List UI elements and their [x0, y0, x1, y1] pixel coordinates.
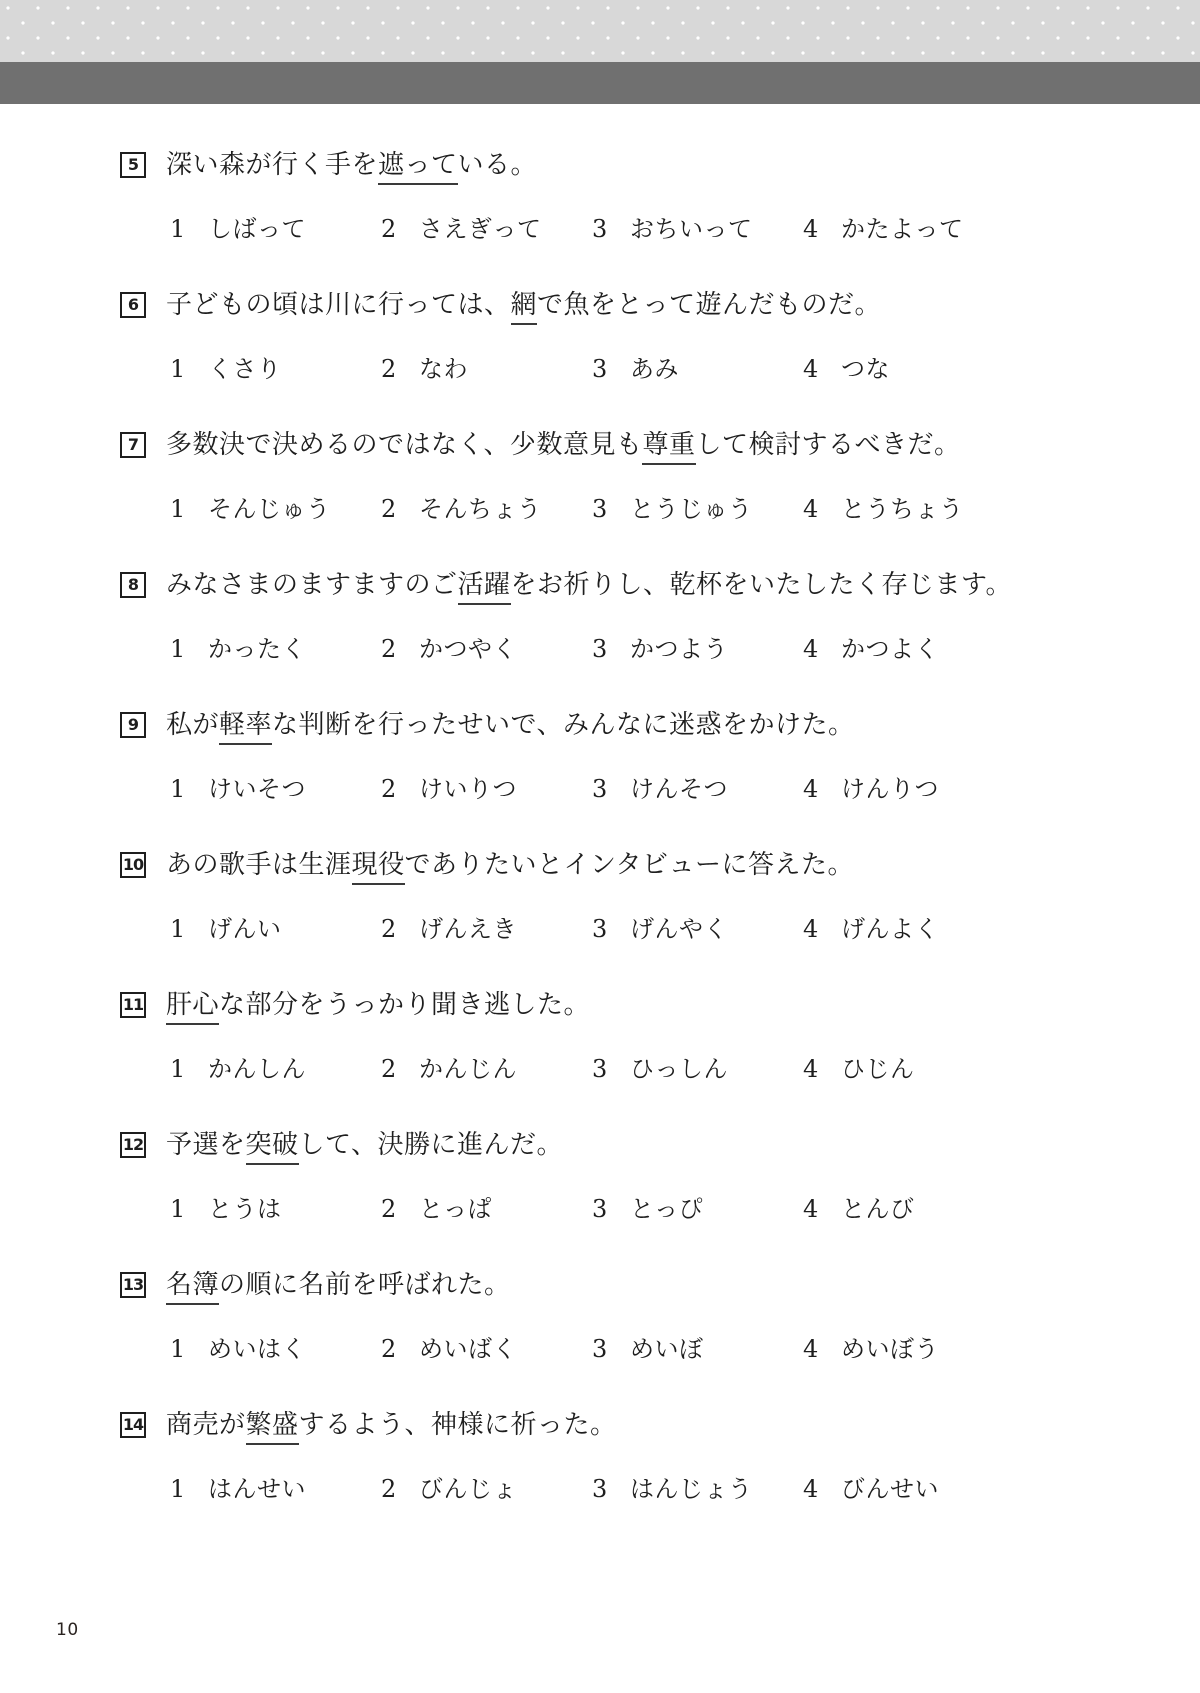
choice-number: 1 [170, 1334, 185, 1364]
choice-option-2: 2とっぱ [381, 1194, 592, 1224]
question-number-box: 10 [120, 852, 146, 878]
choice-text: けいそつ [208, 774, 306, 804]
choice-option-3: 3めいぼ [592, 1334, 803, 1364]
choice-option-1: 1くさり [170, 354, 381, 384]
choice-number: 1 [170, 1194, 185, 1224]
choices-row: 1はんせい 2びんじょ 3はんじょう 4びんせい [0, 1474, 1200, 1504]
choice-number: 4 [803, 914, 818, 944]
choice-text: とうじゅう [630, 494, 753, 524]
question-number-box: 8 [120, 572, 146, 598]
choice-option-2: 2びんじょ [381, 1474, 592, 1504]
underlined-target: 遮って [378, 150, 458, 185]
choice-text: かんしん [208, 1054, 306, 1084]
choices-row: 1かったく 2かつやく 3かつよう 4かつよく [0, 634, 1200, 664]
question-item-9: 9 私が軽率な判断を行ったせいで、みんなに迷惑をかけた。 1けいそつ 2けいりつ… [0, 708, 1200, 804]
underlined-target: 名簿 [166, 1270, 219, 1305]
choice-text: しばって [208, 214, 306, 244]
choice-number: 3 [592, 1334, 607, 1364]
choice-option-1: 1かったく [170, 634, 381, 664]
choice-option-4: 4めいぼう [803, 1334, 939, 1364]
choice-number: 2 [381, 634, 396, 664]
choice-option-1: 1げんい [170, 914, 381, 944]
choice-number: 3 [592, 354, 607, 384]
choices-row: 1とうは 2とっぱ 3とっぴ 4とんび [0, 1194, 1200, 1224]
underlined-target: 繁盛 [246, 1410, 299, 1445]
question-item-11: 11 肝心な部分をうっかり聞き逃した。 1かんしん 2かんじん 3ひっしん 4ひ… [0, 988, 1200, 1084]
stem-before: 予選を [166, 1130, 246, 1160]
underlined-target: 尊重 [642, 430, 695, 465]
question-item-10: 10 あの歌手は生涯現役でありたいとインタビューに答えた。 1げんい 2げんえき… [0, 848, 1200, 944]
choice-text: げんえき [419, 914, 517, 944]
question-stem: 子どもの頃は川に行っては、網で魚をとって遊んだものだ。 [166, 288, 881, 322]
stem-before: 私が [166, 710, 219, 740]
choice-text: あみ [630, 354, 679, 384]
question-stem: 名簿の順に名前を呼ばれた。 [166, 1268, 511, 1302]
document-page: 5 深い森が行く手を遮っている。 1しばって 2さえぎって 3おちいって 4かた… [0, 0, 1200, 1693]
choice-option-4: 4かつよく [803, 634, 939, 664]
choice-option-3: 3かつよう [592, 634, 803, 664]
choice-number: 3 [592, 1474, 607, 1504]
question-stem: 予選を突破して、決勝に進んだ。 [166, 1128, 563, 1162]
choice-number: 1 [170, 634, 185, 664]
page-number: 10 [56, 1620, 79, 1640]
underlined-target: 網 [511, 290, 538, 325]
choice-text: けいりつ [419, 774, 517, 804]
choice-text: おちいって [630, 214, 753, 244]
choice-text: はんせい [208, 1474, 306, 1504]
choice-number: 4 [803, 214, 818, 244]
choice-text: かつよく [841, 634, 939, 664]
question-stem: 商売が繁盛するよう、神様に祈った。 [166, 1408, 617, 1442]
question-head: 12 予選を突破して、決勝に進んだ。 [0, 1128, 1200, 1162]
choice-option-4: 4かたよって [803, 214, 964, 244]
question-number-box: 9 [120, 712, 146, 738]
choice-option-2: 2めいばく [381, 1334, 592, 1364]
choice-number: 1 [170, 354, 185, 384]
choice-option-1: 1そんじゅう [170, 494, 381, 524]
stem-before: みなさまのますますのご [166, 570, 458, 600]
question-head: 10 あの歌手は生涯現役でありたいとインタビューに答えた。 [0, 848, 1200, 882]
choices-row: 1めいはく 2めいばく 3めいぼ 4めいぼう [0, 1334, 1200, 1364]
choice-option-3: 3けんそつ [592, 774, 803, 804]
choice-option-2: 2さえぎって [381, 214, 592, 244]
choice-number: 2 [381, 1474, 396, 1504]
stem-after: な部分をうっかり聞き逃した。 [219, 990, 590, 1020]
choice-option-3: 3あみ [592, 354, 803, 384]
question-head: 6 子どもの頃は川に行っては、網で魚をとって遊んだものだ。 [0, 288, 1200, 322]
choice-text: そんじゅう [208, 494, 331, 524]
choice-option-1: 1めいはく [170, 1334, 381, 1364]
choice-number: 1 [170, 774, 185, 804]
question-number-box: 6 [120, 292, 146, 318]
choice-number: 1 [170, 494, 185, 524]
question-number-box: 7 [120, 432, 146, 458]
choice-number: 4 [803, 634, 818, 664]
question-item-14: 14 商売が繁盛するよう、神様に祈った。 1はんせい 2びんじょ 3はんじょう … [0, 1408, 1200, 1504]
choice-number: 2 [381, 214, 396, 244]
choices-row: 1かんしん 2かんじん 3ひっしん 4ひじん [0, 1054, 1200, 1084]
choice-text: げんい [208, 914, 282, 944]
stem-after: いる。 [458, 150, 538, 180]
choice-number: 4 [803, 774, 818, 804]
page-header-bar [0, 62, 1200, 104]
question-number-box: 11 [120, 992, 146, 1018]
choice-option-1: 1とうは [170, 1194, 381, 1224]
question-stem: 深い森が行く手を遮っている。 [166, 148, 537, 182]
choice-number: 1 [170, 914, 185, 944]
underlined-target: 突破 [246, 1130, 299, 1165]
choice-text: かたよって [841, 214, 964, 244]
choice-option-3: 3はんじょう [592, 1474, 803, 1504]
stem-after: で魚をとって遊んだものだ。 [537, 290, 881, 320]
choice-text: びんじょ [419, 1474, 517, 1504]
choice-text: つな [841, 354, 890, 384]
choice-text: なわ [419, 354, 468, 384]
question-stem: 多数決で決めるのではなく、少数意見も尊重して検討するべきだ。 [166, 428, 961, 462]
choice-option-1: 1はんせい [170, 1474, 381, 1504]
choice-option-1: 1かんしん [170, 1054, 381, 1084]
choice-option-4: 4とうちょう [803, 494, 964, 524]
question-stem: みなさまのますますのご活躍をお祈りし、乾杯をいたしたく存じます。 [166, 568, 1012, 602]
stem-after: でありたいとインタビューに答えた。 [405, 850, 854, 880]
choice-number: 4 [803, 1334, 818, 1364]
choices-row: 1そんじゅう 2そんちょう 3とうじゅう 4とうちょう [0, 494, 1200, 524]
choice-option-3: 3ひっしん [592, 1054, 803, 1084]
question-number-box: 14 [120, 1412, 146, 1438]
question-item-6: 6 子どもの頃は川に行っては、網で魚をとって遊んだものだ。 1くさり 2なわ 3… [0, 288, 1200, 384]
choice-number: 3 [592, 1194, 607, 1224]
stem-after: して、決勝に進んだ。 [299, 1130, 563, 1160]
choice-text: とうは [208, 1194, 282, 1224]
choice-option-3: 3おちいって [592, 214, 803, 244]
question-stem: 私が軽率な判断を行ったせいで、みんなに迷惑をかけた。 [166, 708, 855, 742]
question-item-8: 8 みなさまのますますのご活躍をお祈りし、乾杯をいたしたく存じます。 1かったく… [0, 568, 1200, 664]
stem-after: して検討するべきだ。 [696, 430, 961, 460]
choice-option-4: 4とんび [803, 1194, 915, 1224]
choice-text: げんよく [841, 914, 939, 944]
stem-before: 深い森が行く手を [166, 150, 378, 180]
choices-row: 1くさり 2なわ 3あみ 4つな [0, 354, 1200, 384]
choice-option-4: 4けんりつ [803, 774, 939, 804]
underlined-target: 現役 [352, 850, 405, 885]
question-item-7: 7 多数決で決めるのではなく、少数意見も尊重して検討するべきだ。 1そんじゅう … [0, 428, 1200, 524]
choice-text: とっぱ [419, 1194, 492, 1224]
question-item-12: 12 予選を突破して、決勝に進んだ。 1とうは 2とっぱ 3とっぴ 4とんび [0, 1128, 1200, 1224]
choice-option-3: 3げんやく [592, 914, 803, 944]
choice-option-4: 4びんせい [803, 1474, 939, 1504]
question-number-box: 13 [120, 1272, 146, 1298]
question-item-13: 13 名簿の順に名前を呼ばれた。 1めいはく 2めいばく 3めいぼ 4めいぼう [0, 1268, 1200, 1364]
choice-number: 4 [803, 1054, 818, 1084]
choice-text: とうちょう [841, 494, 964, 524]
question-item-5: 5 深い森が行く手を遮っている。 1しばって 2さえぎって 3おちいって 4かた… [0, 148, 1200, 244]
choices-row: 1げんい 2げんえき 3げんやく 4げんよく [0, 914, 1200, 944]
choice-option-4: 4つな [803, 354, 890, 384]
choice-number: 3 [592, 914, 607, 944]
question-stem: あの歌手は生涯現役でありたいとインタビューに答えた。 [166, 848, 854, 882]
choice-text: めいぼ [630, 1334, 704, 1364]
choice-text: かつやく [419, 634, 517, 664]
choice-option-4: 4ひじん [803, 1054, 915, 1084]
choice-number: 1 [170, 1054, 185, 1084]
choice-number: 4 [803, 1194, 818, 1224]
choice-option-2: 2かんじん [381, 1054, 592, 1084]
choice-text: とんび [841, 1194, 915, 1224]
choice-text: めいぼう [841, 1334, 939, 1364]
choice-option-1: 1しばって [170, 214, 381, 244]
underlined-target: 活躍 [458, 570, 511, 605]
choice-number: 4 [803, 1474, 818, 1504]
questions-list: 5 深い森が行く手を遮っている。 1しばって 2さえぎって 3おちいって 4かた… [0, 104, 1200, 1504]
question-number-box: 5 [120, 152, 146, 178]
choice-text: びんせい [841, 1474, 939, 1504]
question-head: 9 私が軽率な判断を行ったせいで、みんなに迷惑をかけた。 [0, 708, 1200, 742]
choice-text: とっぴ [630, 1194, 703, 1224]
choices-row: 1しばって 2さえぎって 3おちいって 4かたよって [0, 214, 1200, 244]
choice-option-3: 3とうじゅう [592, 494, 803, 524]
choice-number: 3 [592, 634, 607, 664]
choice-number: 1 [170, 1474, 185, 1504]
choice-text: そんちょう [419, 494, 542, 524]
choice-number: 2 [381, 494, 396, 524]
stem-before: 子どもの頃は川に行っては、 [166, 290, 511, 320]
choice-number: 4 [803, 354, 818, 384]
choice-text: けんそつ [630, 774, 728, 804]
choice-text: さえぎって [419, 214, 542, 244]
choice-text: ひっしん [630, 1054, 728, 1084]
choice-option-2: 2げんえき [381, 914, 592, 944]
question-stem: 肝心な部分をうっかり聞き逃した。 [166, 988, 590, 1022]
choice-number: 2 [381, 774, 396, 804]
choice-text: ひじん [841, 1054, 915, 1084]
choice-option-2: 2そんちょう [381, 494, 592, 524]
stem-before: 商売が [166, 1410, 246, 1440]
stem-after: をお祈りし、乾杯をいたしたく存じます。 [511, 570, 1012, 600]
choice-text: めいばく [419, 1334, 517, 1364]
choice-text: くさり [208, 354, 282, 384]
choice-number: 1 [170, 214, 185, 244]
choice-number: 4 [803, 494, 818, 524]
choice-option-4: 4げんよく [803, 914, 939, 944]
stem-after: するよう、神様に祈った。 [299, 1410, 617, 1440]
choice-number: 3 [592, 1054, 607, 1084]
underlined-target: 肝心 [166, 990, 219, 1025]
question-head: 14 商売が繁盛するよう、神様に祈った。 [0, 1408, 1200, 1442]
question-head: 7 多数決で決めるのではなく、少数意見も尊重して検討するべきだ。 [0, 428, 1200, 462]
choice-option-2: 2なわ [381, 354, 592, 384]
choice-text: はんじょう [630, 1474, 753, 1504]
page-header-dotted-band [0, 0, 1200, 62]
choice-text: かったく [208, 634, 306, 664]
choice-number: 2 [381, 914, 396, 944]
choice-option-1: 1けいそつ [170, 774, 381, 804]
stem-after: な判断を行ったせいで、みんなに迷惑をかけた。 [272, 710, 854, 740]
stem-after: の順に名前を呼ばれた。 [219, 1270, 511, 1300]
choice-text: めいはく [208, 1334, 306, 1364]
choice-number: 2 [381, 1054, 396, 1084]
choice-text: げんやく [630, 914, 728, 944]
underlined-target: 軽率 [219, 710, 272, 745]
question-head: 13 名簿の順に名前を呼ばれた。 [0, 1268, 1200, 1302]
stem-before: あの歌手は生涯 [166, 850, 352, 880]
choice-option-2: 2けいりつ [381, 774, 592, 804]
question-head: 8 みなさまのますますのご活躍をお祈りし、乾杯をいたしたく存じます。 [0, 568, 1200, 602]
choice-text: けんりつ [841, 774, 939, 804]
choice-number: 3 [592, 494, 607, 524]
question-number-box: 12 [120, 1132, 146, 1158]
choice-option-3: 3とっぴ [592, 1194, 803, 1224]
question-head: 11 肝心な部分をうっかり聞き逃した。 [0, 988, 1200, 1022]
choice-number: 2 [381, 1334, 396, 1364]
stem-before: 多数決で決めるのではなく、少数意見も [166, 430, 642, 460]
choice-number: 2 [381, 354, 396, 384]
choice-option-2: 2かつやく [381, 634, 592, 664]
choices-row: 1けいそつ 2けいりつ 3けんそつ 4けんりつ [0, 774, 1200, 804]
choice-number: 3 [592, 214, 607, 244]
choice-text: かんじん [419, 1054, 517, 1084]
choice-number: 3 [592, 774, 607, 804]
question-head: 5 深い森が行く手を遮っている。 [0, 148, 1200, 182]
choice-text: かつよう [630, 634, 728, 664]
choice-number: 2 [381, 1194, 396, 1224]
